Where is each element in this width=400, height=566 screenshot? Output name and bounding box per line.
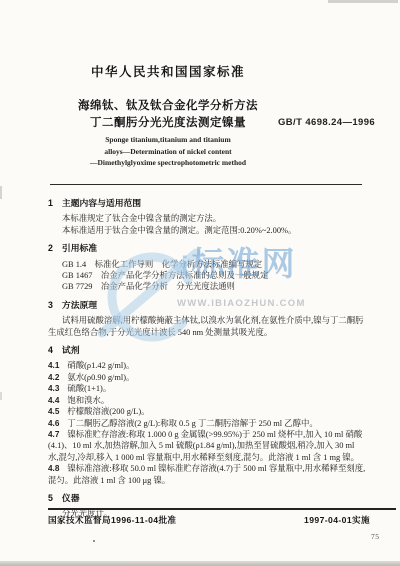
- section-2-title: 引用标准: [62, 243, 97, 254]
- clause-number: 4.6: [48, 419, 59, 428]
- reagent-clause: 4.7镍标准贮存溶液:称取 1.000 0 g 金属镍(>99.95%)于 25…: [48, 429, 366, 463]
- english-title-line2: alloys—Determination of nickel content: [0, 146, 336, 158]
- section-2-number: 2: [48, 243, 53, 254]
- clause-text: 氨水(ρ0.90 g/ml)。: [67, 373, 134, 382]
- section-4-heading: 4 试剂: [48, 345, 366, 356]
- section-4-number: 4: [48, 345, 53, 356]
- section-1-title: 主题内容与适用范围: [62, 198, 141, 209]
- clause-text: 镍标准贮存溶液:称取 1.000 0 g 金属镍(>99.95%)于 250 m…: [48, 430, 362, 462]
- reagent-clause: 4.5柠檬酸溶液(200 g/L)。: [48, 406, 366, 417]
- clause-text: 硫酸(1+1)。: [67, 384, 111, 393]
- scan-mark: [0, 186, 2, 199]
- reagent-clause: 4.2氨水(ρ0.90 g/ml)。: [48, 372, 366, 383]
- clause-text: 硝酸(ρ1.42 g/ml)。: [67, 361, 134, 370]
- clause-text: 柠檬酸溶液(200 g/L)。: [67, 407, 149, 416]
- scan-mark: [0, 392, 2, 400]
- english-title-line3: —Dimethylglyoxime spectrophotometric met…: [0, 157, 336, 169]
- approval-note: 国家技术监督局1996-11-04批准: [48, 514, 176, 526]
- section-5-number: 5: [48, 493, 53, 504]
- national-standard-label: 中华人民共和国国家标准: [0, 62, 336, 80]
- reagent-clause: 4.1硝酸(ρ1.42 g/ml)。: [48, 360, 366, 371]
- clause-text: 丁二酮肟乙醇溶液(2 g/L):称取 0.5 g 丁二酮肟溶解于 250 ml …: [67, 419, 317, 428]
- referenced-standard: GB 1467 冶金产品化学分析方法标准的总则及一般规定: [48, 270, 366, 281]
- section-3-heading: 3 方法原理: [48, 300, 366, 311]
- header-divider: [50, 184, 362, 185]
- standard-number: GB/T 4698.24—1996: [278, 117, 375, 128]
- section-1-paragraph: 本标准适用于钛合金中镍含量的测定。测定范围:0.20%~2.00%。: [48, 225, 366, 236]
- clause-number: 4.4: [48, 396, 59, 405]
- section-3-title: 方法原理: [62, 300, 97, 311]
- clause-number: 4.3: [48, 384, 59, 393]
- footer-divider: [48, 508, 396, 510]
- scanned-standard-page: 中华人民共和国国家标准 海绵钛、钛及钛合金化学分析方法 丁二酮肟分光光度法测定镍…: [0, 0, 400, 566]
- clause-number: 4.8: [48, 464, 59, 473]
- footer: 国家技术监督局1996-11-04批准 1997-04-01实施: [48, 514, 370, 526]
- reagent-clause: 4.3硫酸(1+1)。: [48, 383, 366, 394]
- scan-edge-bottom: [0, 561, 400, 566]
- section-1-heading: 1 主题内容与适用范围: [48, 198, 366, 209]
- scan-mark: [93, 540, 95, 542]
- document-title-line1: 海绵钛、钛及钛合金化学分析方法: [0, 97, 336, 113]
- section-5-title: 仪器: [62, 493, 80, 504]
- referenced-standard: GB 1.4 标准化工作导则 化学分析方法标准编写规定: [48, 259, 366, 270]
- english-title-line1: Sponge titanium,titanium and titanium: [0, 134, 336, 146]
- section-3-paragraph: 试料用硫酸溶解,用柠檬酸掩蔽主体钛,以溴水为氧化剂,在氨性介质中,镍与丁二酮肟生…: [48, 315, 366, 338]
- clause-number: 4.1: [48, 361, 59, 370]
- section-1-paragraph: 本标准规定了钛合金中镍含量的测定方法。: [48, 213, 366, 224]
- section-5-heading: 5 仪器: [48, 493, 366, 504]
- reagent-clause: 4.4饱和溴水。: [48, 395, 366, 406]
- section-4-title: 试剂: [62, 345, 80, 356]
- reagent-clause: 4.6丁二酮肟乙醇溶液(2 g/L):称取 0.5 g 丁二酮肟溶解于 250 …: [48, 418, 366, 429]
- reagent-clause: 4.8镍标准溶液:移取 50.0 ml 镍标准贮存溶液(4.7)于 500 ml…: [48, 463, 366, 486]
- scan-edge-top: [328, 0, 398, 3]
- clause-text: 饱和溴水。: [67, 396, 109, 405]
- clause-number: 4.5: [48, 407, 59, 416]
- referenced-standard: GB 7729 冶金产品化学分析 分光光度法通则: [48, 281, 366, 292]
- clause-number: 4.2: [48, 373, 59, 382]
- section-1-number: 1: [48, 198, 53, 209]
- section-2-heading: 2 引用标准: [48, 243, 366, 254]
- clause-number: 4.7: [48, 430, 59, 439]
- clause-text: 镍标准溶液:移取 50.0 ml 镍标准贮存溶液(4.7)于 500 ml 容量…: [48, 464, 365, 484]
- page-number: 75: [371, 532, 380, 541]
- english-title: Sponge titanium,titanium and titanium al…: [0, 134, 336, 169]
- section-3-number: 3: [48, 300, 53, 311]
- document-body: 1 主题内容与适用范围 本标准规定了钛合金中镍含量的测定方法。 本标准适用于钛合…: [48, 196, 366, 520]
- implementation-date: 1997-04-01实施: [304, 514, 370, 526]
